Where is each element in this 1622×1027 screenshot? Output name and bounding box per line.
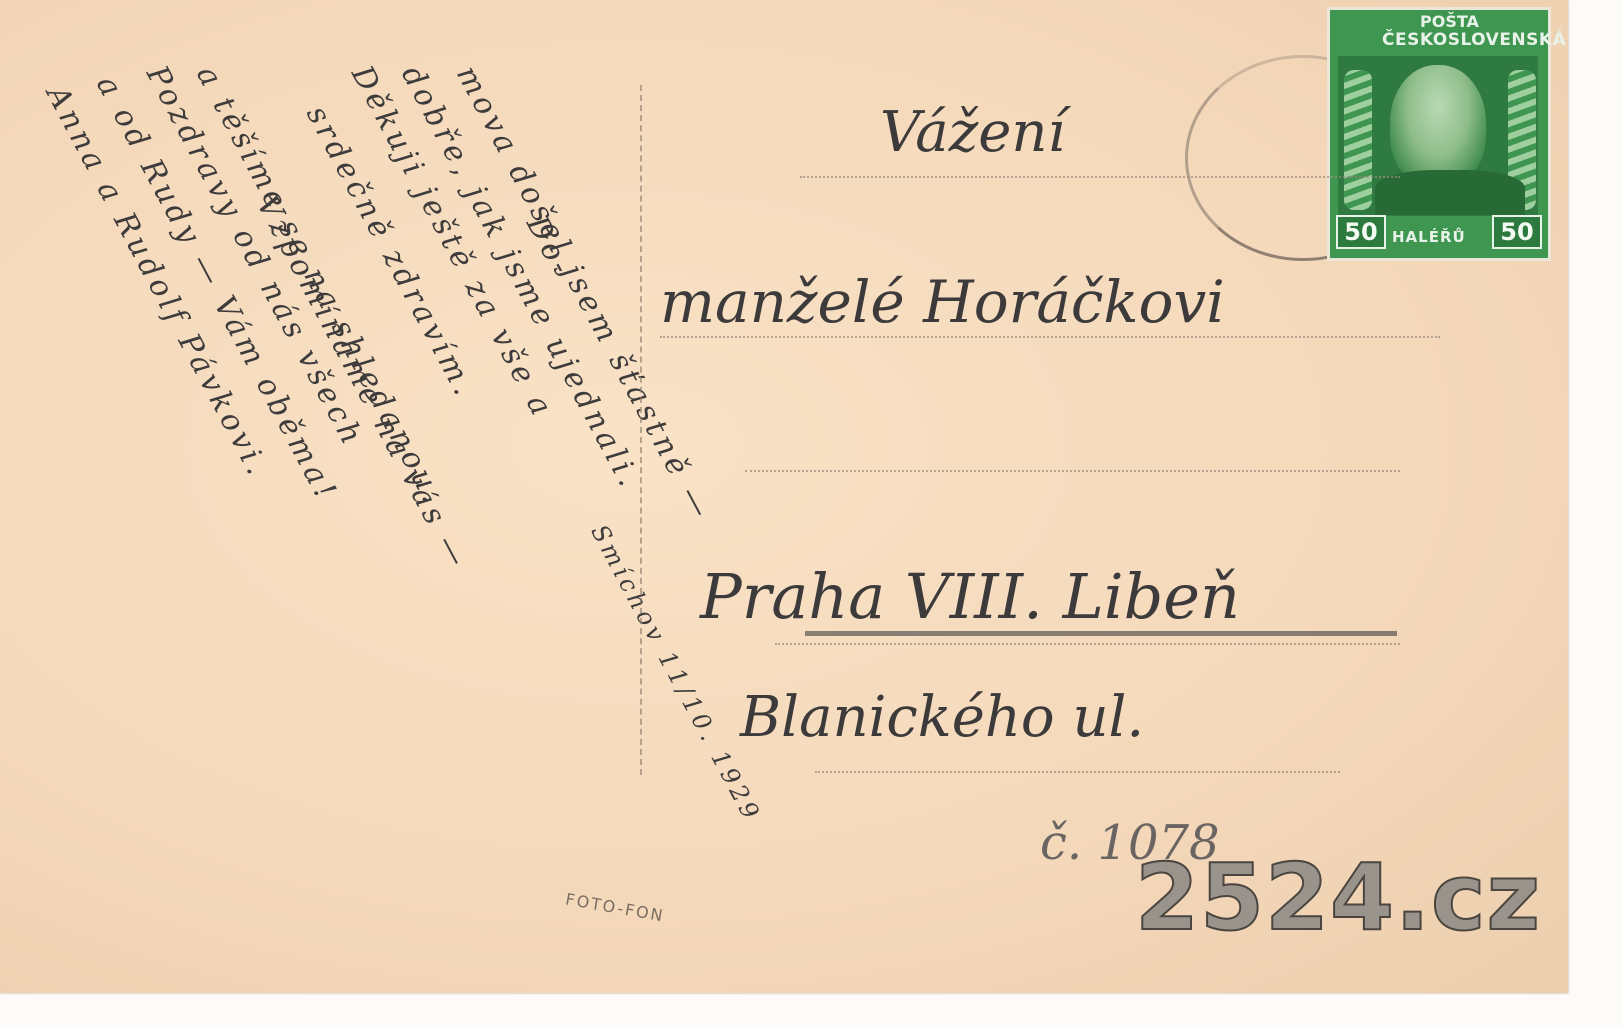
message-line: dobře, jak jsme ujednali. bbox=[394, 60, 648, 495]
address-dotted-line bbox=[745, 470, 1400, 472]
address-dotted-line bbox=[800, 176, 1400, 178]
city-underline bbox=[805, 631, 1397, 636]
postage-stamp: POŠTA ČESKOSLOVENSKÁ 50 HALÉŘŮ 50 bbox=[1330, 10, 1548, 258]
address-street: Blanického ul. bbox=[740, 685, 1144, 750]
address-dotted-line bbox=[660, 336, 1440, 338]
stamp-denomination: HALÉŘŮ bbox=[1392, 228, 1466, 246]
divider-line bbox=[640, 85, 642, 775]
stamp-country-top: POŠTA bbox=[1420, 12, 1479, 31]
address-recipient: manželé Horáčkovi bbox=[660, 268, 1225, 336]
stamp-value-left: 50 bbox=[1336, 215, 1386, 249]
stamp-country-bottom: ČESKOSLOVENSKÁ bbox=[1382, 30, 1566, 50]
handwritten-message: Do- mova došel jsem šťastně — dobře, jak… bbox=[30, 60, 630, 960]
postcard: Do- mova došel jsem šťastně — dobře, jak… bbox=[0, 0, 1568, 993]
portrait-icon bbox=[1390, 65, 1486, 185]
laurel-left-icon bbox=[1344, 70, 1372, 210]
watermark: 2524.cz bbox=[1135, 852, 1541, 944]
stamp-value-right: 50 bbox=[1492, 215, 1542, 249]
address-salutation: Vážení bbox=[880, 100, 1065, 165]
address-dotted-line bbox=[775, 643, 1400, 645]
address-city: Praha VIII. Libeň bbox=[700, 560, 1240, 633]
address-dotted-line bbox=[815, 771, 1340, 773]
